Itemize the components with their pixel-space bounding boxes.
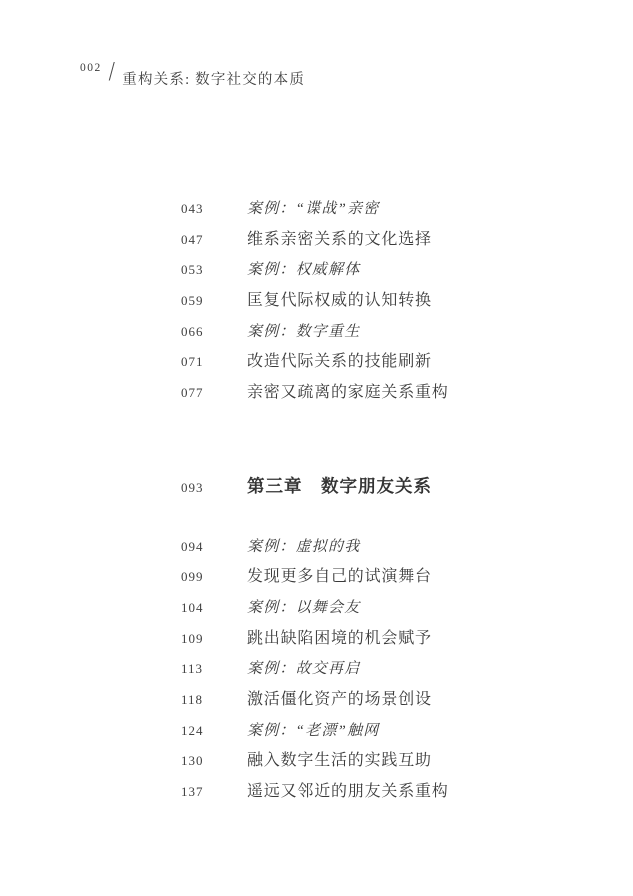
toc-entry-title: 匡复代际权威的认知转换 (247, 292, 432, 309)
folio-page-number: 002 (80, 62, 102, 74)
toc-entry-title: 改造代际关系的技能刷新 (247, 353, 432, 370)
toc-entry-row: 104案例：以舞会友 (181, 593, 449, 624)
toc-entry-row: 099发现更多自己的试演舞台 (181, 562, 449, 593)
toc-entry-title: 激活僵化资产的场景创设 (247, 691, 432, 708)
toc-entry-row: 124案例：“老漂”触网 (181, 716, 449, 747)
toc-page-number: 124 (181, 716, 247, 747)
book-page: 002 / 重构关系: 数字社交的本质 043案例：“谍战”亲密047维系亲密关… (0, 0, 633, 896)
toc-entry-title: 跳出缺陷困境的机会赋予 (247, 630, 432, 647)
toc-entry-row: 137遥远又邻近的朋友关系重构 (181, 777, 449, 808)
toc-entry-title: 融入数字生活的实践互助 (247, 752, 432, 769)
table-of-contents: 043案例：“谍战”亲密047维系亲密关系的文化选择053案例：权威解体059匡… (181, 194, 449, 808)
toc-page-number: 137 (181, 777, 247, 808)
toc-entry-title: 遥远又邻近的朋友关系重构 (247, 783, 449, 800)
toc-entry-row: 113案例：故交再启 (181, 654, 449, 685)
toc-page-number: 077 (181, 378, 247, 409)
toc-page-number: 066 (181, 317, 247, 348)
toc-entry-title: 案例：虚拟的我 (247, 539, 360, 555)
toc-entry-row: 094案例：虚拟的我 (181, 532, 449, 563)
toc-entry-title: 案例：数字重生 (247, 324, 360, 340)
toc-entry-title: 维系亲密关系的文化选择 (247, 231, 432, 248)
toc-page-number: 113 (181, 654, 247, 685)
toc-entry-row: 118激活僵化资产的场景创设 (181, 685, 449, 716)
toc-entry-row: 130融入数字生活的实践互助 (181, 746, 449, 777)
toc-page-number: 071 (181, 347, 247, 378)
toc-entry-row: 071改造代际关系的技能刷新 (181, 347, 449, 378)
running-head: 002 / 重构关系: 数字社交的本质 (80, 58, 305, 89)
toc-page-number: 043 (181, 194, 247, 225)
toc-page-number: 099 (181, 562, 247, 593)
toc-page-number: 104 (181, 593, 247, 624)
toc-page-number: 109 (181, 624, 247, 655)
toc-entry-row: 066案例：数字重生 (181, 317, 449, 348)
toc-entry-title: 案例：“老漂”触网 (247, 723, 380, 739)
toc-chapter-title: 第三章 数字朋友关系 (247, 476, 432, 496)
book-title: 重构关系: 数字社交的本质 (122, 68, 305, 89)
toc-page-number: 059 (181, 286, 247, 317)
toc-entry-row: 043案例：“谍战”亲密 (181, 194, 449, 225)
toc-entry-title: 亲密又疏离的家庭关系重构 (247, 384, 449, 401)
toc-entry-title: 发现更多自己的试演舞台 (247, 568, 432, 585)
toc-entry-title: 案例：“谍战”亲密 (247, 201, 380, 217)
toc-page-number: 053 (181, 255, 247, 286)
toc-page-number: 130 (181, 746, 247, 777)
toc-entry-row: 077亲密又疏离的家庭关系重构 (181, 378, 449, 409)
toc-page-number: 093 (181, 473, 247, 504)
toc-page-number: 047 (181, 225, 247, 256)
toc-entry-title: 案例：以舞会友 (247, 600, 360, 616)
toc-entry-title: 案例：故交再启 (247, 661, 360, 677)
toc-entry-title: 案例：权威解体 (247, 262, 360, 278)
toc-entry-row: 047维系亲密关系的文化选择 (181, 225, 449, 256)
toc-page-number: 094 (181, 532, 247, 563)
toc-entry-row: 053案例：权威解体 (181, 255, 449, 286)
toc-entry-row: 059匡复代际权威的认知转换 (181, 286, 449, 317)
toc-entry-row: 109跳出缺陷困境的机会赋予 (181, 624, 449, 655)
toc-page-number: 118 (181, 685, 247, 716)
toc-chapter-row: 093第三章 数字朋友关系 (181, 471, 449, 502)
slash-separator: / (109, 58, 115, 85)
